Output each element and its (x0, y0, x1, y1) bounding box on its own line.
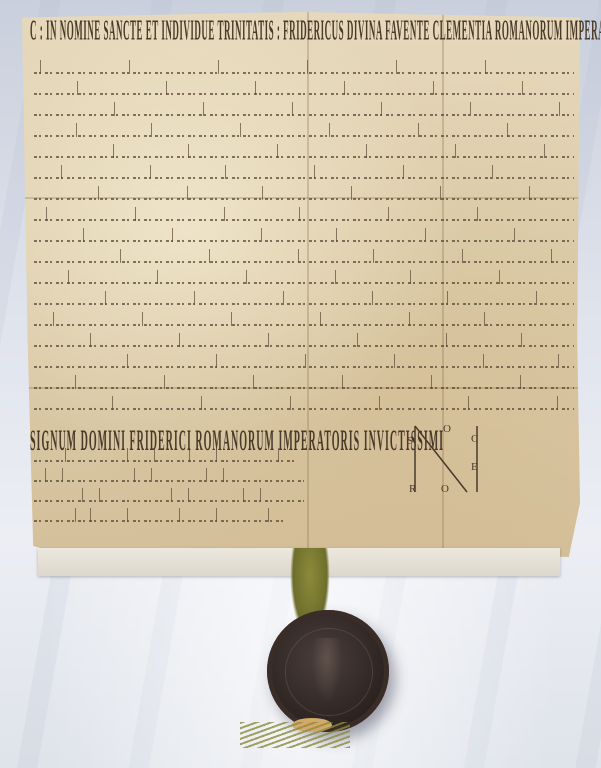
ascender-stroke (440, 186, 441, 200)
ascender-stroke (483, 354, 484, 368)
script-line (34, 345, 574, 347)
ascender-stroke (410, 270, 411, 284)
ascender-stroke (243, 488, 244, 502)
svg-text:E: E (471, 461, 478, 473)
ascender-stroke (446, 333, 447, 347)
ascender-stroke (203, 102, 204, 116)
script-line (34, 366, 574, 368)
ascender-stroke (218, 60, 219, 74)
script-line (34, 500, 304, 502)
ascender-stroke (292, 102, 293, 116)
ascender-stroke (76, 123, 77, 137)
ascender-stroke (298, 249, 299, 263)
ascender-stroke (484, 312, 485, 326)
ascender-stroke (381, 102, 382, 116)
ascender-stroke (305, 354, 306, 368)
ascender-stroke (477, 207, 478, 221)
ascender-stroke (240, 123, 241, 137)
script-line (34, 156, 574, 158)
ascender-stroke (262, 186, 263, 200)
ascender-stroke (231, 312, 232, 326)
ascender-stroke (559, 102, 560, 116)
ascender-stroke (75, 375, 76, 389)
ascender-stroke (299, 207, 300, 221)
script-line (34, 460, 294, 462)
ascender-stroke (171, 488, 172, 502)
ascender-stroke (255, 81, 256, 95)
ascender-stroke (492, 165, 493, 179)
ascender-stroke (62, 468, 63, 482)
ascender-stroke (166, 81, 167, 95)
ascender-stroke (499, 270, 500, 284)
script-line (34, 177, 574, 179)
ascender-stroke (366, 144, 367, 158)
ascender-stroke (216, 354, 217, 368)
ascender-stroke (268, 508, 269, 522)
ascender-stroke (75, 508, 76, 522)
script-line (34, 261, 574, 263)
ascender-stroke (188, 144, 189, 158)
ascender-stroke (151, 468, 152, 482)
wax-seal (267, 610, 389, 732)
ascender-stroke (335, 270, 336, 284)
ascender-stroke (45, 468, 46, 482)
ascender-stroke (320, 312, 321, 326)
script-line (34, 198, 574, 200)
ascender-stroke (314, 165, 315, 179)
ascender-stroke (558, 354, 559, 368)
ascender-stroke (53, 312, 54, 326)
ascender-stroke (344, 81, 345, 95)
script-line (34, 93, 574, 95)
ascender-stroke (134, 468, 135, 482)
ascender-stroke (396, 60, 397, 74)
ascender-stroke (135, 207, 136, 221)
ascender-stroke (225, 165, 226, 179)
ascender-stroke (68, 270, 69, 284)
svg-text:C: C (471, 433, 478, 445)
ascender-stroke (224, 207, 225, 221)
script-line (34, 520, 284, 522)
ascender-stroke (336, 228, 337, 242)
ascender-stroke (151, 123, 152, 137)
ascender-stroke (425, 228, 426, 242)
ascender-stroke (551, 249, 552, 263)
ascender-stroke (114, 102, 115, 116)
ascender-stroke (90, 508, 91, 522)
ascender-stroke (127, 508, 128, 522)
imperial-monogram: SOC ERO (405, 422, 493, 502)
ascender-stroke (127, 354, 128, 368)
ascender-stroke (187, 186, 188, 200)
script-line (34, 135, 574, 137)
ascender-stroke (99, 488, 100, 502)
ascender-stroke (507, 123, 508, 137)
ascender-stroke (261, 228, 262, 242)
ascender-stroke (431, 375, 432, 389)
ascender-stroke (61, 165, 62, 179)
ascender-stroke (194, 291, 195, 305)
ascender-stroke (246, 270, 247, 284)
ascender-stroke (329, 123, 330, 137)
ascender-stroke (522, 81, 523, 95)
ascender-stroke (209, 249, 210, 263)
ascender-stroke (462, 249, 463, 263)
ascender-stroke (455, 144, 456, 158)
ascender-stroke (253, 375, 254, 389)
svg-text:R: R (409, 483, 417, 495)
ascender-stroke (351, 186, 352, 200)
ascender-stroke (105, 291, 106, 305)
ascender-stroke (98, 186, 99, 200)
ascender-stroke (90, 333, 91, 347)
ascender-stroke (46, 207, 47, 221)
ascender-stroke (179, 508, 180, 522)
ascender-stroke (157, 270, 158, 284)
seal-enthroned-figure (312, 638, 342, 703)
ascender-stroke (201, 396, 202, 410)
ascender-stroke (120, 249, 121, 263)
ascender-stroke (277, 144, 278, 158)
svg-text:O: O (441, 483, 449, 495)
ascender-stroke (83, 228, 84, 242)
ascender-stroke (403, 165, 404, 179)
ascender-stroke (379, 396, 380, 410)
ascender-stroke (514, 228, 515, 242)
ascender-stroke (172, 228, 173, 242)
ascender-stroke (188, 488, 189, 502)
ascender-stroke (447, 291, 448, 305)
ascender-stroke (342, 375, 343, 389)
svg-text:S: S (407, 435, 413, 447)
ascender-stroke (485, 60, 486, 74)
signum-line: SIGNUM DOMINI FRIDERICI ROMANORUM IMPERA… (30, 426, 444, 459)
ascender-stroke (113, 144, 114, 158)
ascender-stroke (150, 165, 151, 179)
ascender-stroke (283, 291, 284, 305)
ascender-stroke (179, 333, 180, 347)
ascender-stroke (290, 396, 291, 410)
ascender-stroke (142, 312, 143, 326)
script-line (34, 387, 574, 389)
ascender-stroke (529, 186, 530, 200)
ascender-stroke (468, 396, 469, 410)
script-line (34, 72, 574, 74)
ascender-stroke (77, 81, 78, 95)
ascender-stroke (373, 249, 374, 263)
ascender-stroke (260, 488, 261, 502)
ascender-stroke (223, 468, 224, 482)
script-line (34, 324, 574, 326)
svg-text:O: O (443, 423, 451, 435)
ascender-stroke (206, 468, 207, 482)
ascender-stroke (357, 333, 358, 347)
ascender-stroke (557, 396, 558, 410)
script-line (34, 303, 574, 305)
ascender-stroke (536, 291, 537, 305)
ascender-stroke (544, 144, 545, 158)
charter-heading: C : IN NOMINE SANCTE ET INDIVIDUE TRINIT… (30, 14, 575, 142)
ascender-stroke (372, 291, 373, 305)
ascender-stroke (394, 354, 395, 368)
ascender-stroke (409, 312, 410, 326)
ascender-stroke (307, 60, 308, 74)
ascender-stroke (521, 333, 522, 347)
ascender-stroke (388, 207, 389, 221)
ascender-stroke (418, 123, 419, 137)
ascender-stroke (82, 488, 83, 502)
ascender-stroke (520, 375, 521, 389)
script-line (34, 408, 574, 410)
script-line (34, 219, 574, 221)
ascender-stroke (470, 102, 471, 116)
ascender-stroke (216, 508, 217, 522)
ascender-stroke (164, 375, 165, 389)
ascender-stroke (112, 396, 113, 410)
ascender-stroke (40, 60, 41, 74)
ascender-stroke (268, 333, 269, 347)
cord-tassel (240, 722, 350, 748)
ascender-stroke (129, 60, 130, 74)
script-line (34, 240, 574, 242)
ascender-stroke (433, 81, 434, 95)
script-line (34, 480, 304, 482)
script-line (34, 282, 574, 284)
script-line (34, 114, 574, 116)
